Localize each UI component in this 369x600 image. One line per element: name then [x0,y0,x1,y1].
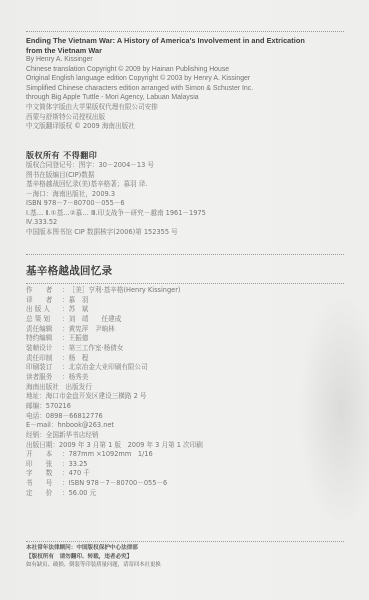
spec-label: 开 本 [26,450,62,460]
credit-value: 刘 靖 任建成 [69,315,122,325]
spec-row: 字 数： 470 千 [26,469,346,479]
credit-label: 读者服务 [26,373,62,383]
contact-label: 出版日期 [26,441,52,451]
contact-label: 地址 [26,392,39,402]
mid-dotted-rule [26,254,344,255]
publisher-text: 海南出版社 出版发行 [26,383,92,393]
spec-label: 字 数 [26,469,62,479]
cn-authorization-line: 西蒙与舒斯特公司授权出版 [26,113,346,123]
cip-block: 版权所有 不得翻印 版权合同登记号：图字：30－2004－13 号 图书在版编目… [26,150,346,237]
author-line: By Henry A. Kissinger [26,55,346,65]
credit-label: 译 者 [26,296,62,306]
cip-classification-line: Ⅰ.基… Ⅱ.①基…②慕… Ⅲ.印支战争－研究－越南 1961－1975 [26,209,346,219]
contact-row: 出版日期： 2009 年 3 月第 1 版 2009 年 3 月第 1 次印刷 [26,441,346,451]
cip-line: 基辛格越战回忆录(美)基辛格著；慕羽 译. [26,180,346,190]
credit-row: 责任印制： 杨 程 [26,354,346,364]
footer-block: 本社常年法律顾问：中国版权保护中心法律部 【版权所有 请勿翻印、转载，违者必究】… [26,544,346,570]
credit-row: 译 者： 慕 羽 [26,296,346,306]
credit-label: 责任印制 [26,354,62,364]
phone-value: 0898－66812776 [46,412,103,422]
credit-value: 王振德 [69,334,89,344]
contact-row: 地址： 海口市金盘开发区建设三横路 2 号 [26,392,346,402]
top-dotted-rule [26,31,344,32]
title-dotted-rule [26,283,344,284]
credit-label: 印刷装订 [26,363,62,373]
spec-row: 开 本： 787mm ×1092mm 1/16 [26,450,346,460]
credit-value: ［美］亨利·基辛格(Henry Kissinger) [69,286,181,296]
spec-label: 书 号 [26,479,62,489]
cip-class-number: Ⅳ.333.52 [26,218,346,228]
arrangement-line: Simplified Chinese characters edition ar… [26,84,346,94]
credit-label: 总 策 划 [26,315,62,325]
credit-row: 印刷装订： 北京冶金大业印刷有限公司 [26,363,346,373]
book-title-block: 基辛格越战回忆录 [26,264,346,278]
chinese-translation-copyright: Chinese translation Copyright © 2009 by … [26,65,346,75]
spec-row: 定 价： 56.00 元 [26,489,346,499]
distribution-value: 全国新华书店经销 [46,431,99,441]
book-title: 基辛格越战回忆录 [26,264,346,278]
contact-row: 经销： 全国新华书店经销 [26,431,346,441]
credit-row: 总 策 划： 刘 靖 任建成 [26,315,346,325]
credit-row: 装帧设计： 第三工作室·杨倩女 [26,344,346,354]
original-edition-copyright: Original English language edition Copyri… [26,74,346,84]
credit-label: 责任编辑 [26,325,62,335]
cip-line: 版权合同登记号：图字：30－2004－13 号 [26,161,346,171]
cn-translation-copyright: 中文版翻译版权 © 2009 海南出版社 [26,122,346,132]
credits-block: 作 者： ［美］亨利·基辛格(Henry Kissinger) 译 者： 慕 羽… [26,286,346,498]
credit-label: 装帧设计 [26,344,62,354]
contact-label: E－mail [26,421,51,431]
word-count-value: 470 千 [69,469,90,479]
credit-value: 杨秀美 [69,373,89,383]
credit-label: 出 版 人 [26,305,62,315]
contact-label: 邮编 [26,402,39,412]
copyright-page: Ending The Vietnam War: A History of Ame… [0,0,369,600]
english-copyright-block: Ending The Vietnam War: A History of Ame… [26,36,346,132]
credit-label: 作 者 [26,286,62,296]
contact-row: E－mail： hnbook@263.net [26,421,346,431]
contact-row: 电话： 0898－66812776 [26,412,346,422]
price-value: 56.00 元 [69,489,97,499]
credit-value: 第三工作室·杨倩女 [69,344,124,354]
cip-line: －海口：海南出版社，2009.3 [26,190,346,200]
publish-date-value: 2009 年 3 月第 1 版 2009 年 3 月第 1 次印刷 [59,441,203,451]
spec-row: 书 号： ISBN 978－7－80700－055－6 [26,479,346,489]
postcode-value: 570216 [46,402,71,412]
contact-label: 经销 [26,431,39,441]
credit-value: 苏 斌 [69,305,89,315]
address-value: 海口市金盘开发区建设三横路 2 号 [46,392,147,402]
credit-value: 北京冶金大业印刷有限公司 [69,363,148,373]
format-value: 787mm ×1092mm 1/16 [69,450,153,460]
english-title-line-1: Ending The Vietnam War: A History of Ame… [26,36,346,46]
cn-agency-line: 中文简体字版由大苹果版权代理有限公司安排 [26,103,346,113]
credit-row: 特约编辑： 王振德 [26,334,346,344]
rights-notice-line: 【版权所有 请勿翻印、转载，违者必究】 [26,553,346,562]
defect-return-line: 如有缺页、破损、倒装等印装质量问题，请寄回本社更换 [26,561,346,570]
english-title-line-2: from the Vietnam War [26,46,346,56]
credit-row: 责任编辑： 黄宪萍 尹晌林 [26,325,346,335]
credit-value: 杨 程 [69,354,89,364]
bottom-dotted-rule [26,541,344,542]
spec-label: 定 价 [26,489,62,499]
credit-row: 作 者： ［美］亨利·基辛格(Henry Kissinger) [26,286,346,296]
rights-reserved-heading: 版权所有 不得翻印 [26,150,346,161]
credit-value: 黄宪萍 尹晌林 [69,325,115,335]
agency-line: through Big Apple Tuttle - Mori Agency, … [26,93,346,103]
credit-row: 出 版 人： 苏 斌 [26,305,346,315]
cip-line: 图书在版编目(CIP)数据 [26,171,346,181]
credit-value: 慕 羽 [69,296,89,306]
cip-isbn-line: ISBN 978－7－80700－055－6 [26,199,346,209]
contact-row: 邮编： 570216 [26,402,346,412]
contact-label: 电话 [26,412,39,422]
publisher-line: 海南出版社 出版发行 [26,383,346,393]
legal-counsel-line: 本社常年法律顾问：中国版权保护中心法律部 [26,544,346,553]
email-value: hnbook@263.net [57,421,114,431]
isbn-value: ISBN 978－7－80700－055－6 [69,479,168,489]
credit-row: 读者服务： 杨秀美 [26,373,346,383]
cip-record-number: 中国版本图书馆 CIP 数据核字(2006)第 152355 号 [26,228,346,238]
credit-label: 特约编辑 [26,334,62,344]
